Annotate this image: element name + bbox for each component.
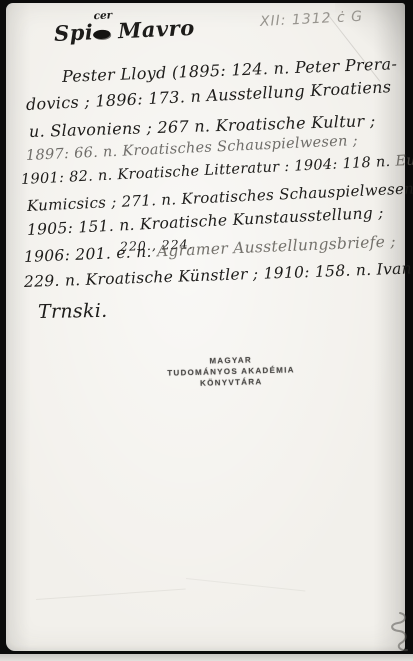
library-stamp: MAGYAR TUDOMÁNYOS AKADÉMIA KÖNYVTÁRA [141,353,322,391]
handwritten-line: 229. n. Kroatische Künstler ; 1910: 158.… [24,259,413,291]
catalog-card-paper: XII: 1312 ċ G Spicer Mavro Pester Lloyd … [6,3,405,651]
line-tail: Eugen [395,151,413,169]
heading-prefix: Spi [53,19,93,46]
handwritten-line: Trnski. [38,300,108,323]
line-lead: 1906: 201. e. n. [24,242,158,266]
card-heading-name: Spicer Mavro [53,15,195,46]
crease-line [36,589,186,600]
scanner-bed-strip [0,654,413,661]
heading-correction: cer [93,19,111,45]
pencil-squiggle-mark [372,609,408,657]
heading-rest: Mavro [110,15,195,44]
crease-line [186,578,305,592]
heading-superscript: cer [93,9,112,22]
ink-blot [93,30,110,40]
scanned-catalog-card: { "card": { "archive_code": "XII: 1312 ċ… [0,0,413,661]
